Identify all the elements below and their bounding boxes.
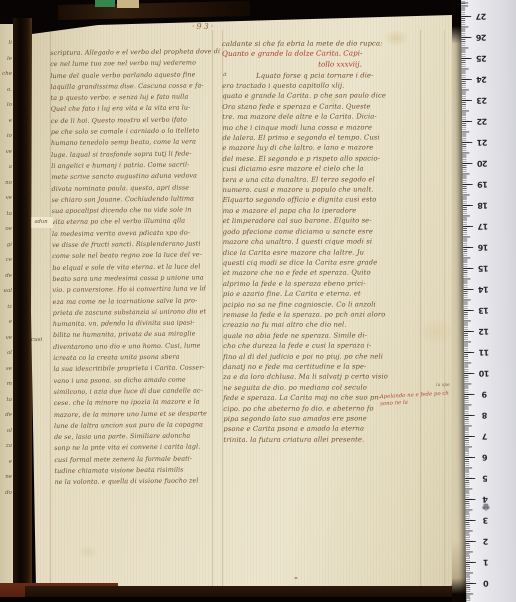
left-text-column: scriptura. Allegado e el verbo del proph… [50,46,219,488]
ruler-maker-mark-icon: ♚ [481,501,490,512]
manuscript-text-line: remase la fede e la speraza. po pch anzi… [223,309,429,320]
manuscript-text-line: divota nominata paula. questo, apri diss… [51,182,215,195]
manuscript-text-line: mete scrive sancto augustino aduna vedov… [51,171,215,184]
ruler-number: 7 [478,425,492,446]
manuscript-text-line: psone e Carita psona e amado la eterna [223,424,429,435]
ruling-line [50,30,51,586]
manuscript-text-line: similcono, i azia due luce di due candel… [54,385,218,398]
text-fragment: ne [0,474,12,490]
text-fragment: le [0,56,12,72]
manuscript-text-line: scriptura. Allegado e el verbo del proph… [50,46,214,59]
manuscript-text-line: del mese. El segondo e p rispeto allo sp… [222,153,428,164]
manuscript-text-line: ne seguita de dio. po mediano col seculo [223,382,429,393]
text-fragment: za [0,443,12,459]
ruler-number: 13 [477,299,491,320]
manuscript-text-line: alprimo la fede e la speraza ebeno prici… [223,278,429,289]
manuscript-text-line: vio. p conversione. Ho si convertira lun… [52,284,216,297]
manuscript-text-line: danatj no e fede ma certitudine e la spe… [223,361,429,372]
manuscript-text-line: lume del quale verbo parlando aquesto fi… [50,69,214,82]
ruler-number: 12 [477,320,491,341]
ruler-number: 1 [479,551,493,572]
manuscript-text-line: et mazore che no e fede et speraza. Quit… [223,268,429,279]
manuscript-text-line: quale no abia fede ne speraza. Simile di… [223,330,429,341]
manuscript-text-line: mazore, de la minore uno lume et se desp… [54,408,218,421]
manuscript-text-line: pipa segondo lato suo amados ere psone [223,413,429,424]
manuscript-text-line: tudine chiamata visione beata risimilis [54,464,218,477]
text-fragment: li [0,40,12,56]
manuscript-text-line: beato sara una medesima cossa p unione u… [52,272,216,285]
manuscript-text-line: Ora stano fede e speraza e Carita. Quest… [222,101,428,112]
text-fragment: ual [0,288,12,304]
manuscript-text-line: tre. ma mazore dele altre e la Carita. D… [222,111,428,122]
rubric-title-line: Quanto e grande la dolze Carita. Capi- [222,49,428,60]
ruler-number: 11 [477,341,491,362]
manuscript-text-line: cusi diciamo esre mazore el cielo che la [222,164,428,175]
right-text-column: caldante si che fa ebria la mete de dio … [222,38,429,445]
manuscript-text-line: li angelici e humanj i patria. Come sacr… [51,159,215,172]
manuscript-text-line: numero. cusi e mazore u populo che unalt… [223,184,429,195]
manuscript-text-line: Lquato forse q pcia tornare i die- [222,70,428,81]
ruling-line [212,30,213,586]
manuscript-text-line: bo elqual e sole de vita eterna. et la l… [52,261,216,274]
ruler-number: 6 [478,446,492,467]
folio-number: ·93· [192,22,215,31]
text-fragment: lo [0,102,12,118]
manuscript-text-line: tera e una cita dunaltra. El terzo segod… [222,174,428,185]
manuscript-text-line: eza ma come ne la icarnatione salve la p… [53,295,217,308]
ruler-number: 15 [476,257,490,278]
text-fragment: ta [0,211,12,227]
manuscript-photo: lilecheo.loeioveanovetaoegicedeualizevea… [0,0,516,602]
manuscript-text-line: laquilla grandissima dise. Cascuna cossa… [50,80,214,93]
manuscript-text-line: cusi formal mete zenera la formale beati… [54,453,218,466]
text-fragment: che [0,71,12,87]
text-fragment: de [0,273,12,289]
left-margin-note-top: adun [29,217,53,228]
ruler-number: 24 [475,68,489,89]
manuscript-text-line: e mazore luy di che laltro. e lano e maz… [222,143,428,154]
ruler-number: 22 [475,110,489,131]
ruler-number: 27 [474,5,488,26]
facing-page-text-fragments: lilecheo.loeioveanovetaoegicedeualizevea… [0,24,14,505]
text-fragment: m [0,381,12,397]
manuscript-text-line: Elquarto segondo officio e dignita cusi … [223,195,429,206]
rubric-chapter-number: tollo xxxviij. [222,59,428,70]
manuscript-text-line: Quel che fato i luj era vita e la vita e… [51,103,215,116]
manuscript-text-line: ero tractado i questo capitollo xlij. [222,80,428,91]
manuscript-text-line: cese. che la minore no ipozia la mazore … [54,396,218,409]
manuscript-text-line: cho che dureza la fede e cusi la speraza… [223,340,429,351]
manuscript-text-line: humanita. vn. pdendo la divinita sua ipa… [53,317,217,330]
guide-letter: a [223,71,227,78]
manuscript-text-line: creazio no fu mai altro che dio nel. [223,320,429,331]
text-fragment: ve [0,335,12,351]
ruler-number: 3 [478,509,492,530]
manuscript-text-line: se chiaro son Jouane. Cochiudendo lultim… [52,193,216,206]
page-edge-top [117,0,139,8]
manuscript-text-line: quato e grande la Carita. p che san paul… [222,91,428,102]
text-fragment: ve [0,195,12,211]
ruler-number: 9 [477,383,491,404]
manuscript-text-line: ce nel lume tuo zoe nel verbo nuj vedere… [50,58,214,71]
facing-page-edge: lilecheo.loeioveanovetaoegicedeualizevea… [0,24,14,596]
text-fragment: e [0,319,12,335]
left-margin-note-mid: cusi [31,337,42,343]
manuscript-text-line: mo che i cinque modi luna cossa e mazore [222,122,428,133]
text-fragment: do [0,490,12,506]
text-fragment: al [0,350,12,366]
text-fragment: de [0,412,12,428]
ruler-number: 8 [478,404,492,425]
text-fragment: oe [0,226,12,242]
manuscript-text-line: fino al di del judicio e poi no piuj. po… [223,351,429,362]
text-fragment: a [0,164,12,180]
manuscript-text-line: la medesima verita aveva pdicato xpo do- [52,227,216,240]
manuscript-text-line: sonp ne la pnte vita ei convene i carita… [54,442,218,455]
ruler-number: 18 [476,194,490,215]
text-fragment: se [0,366,12,382]
ruler-number: 10 [477,362,491,383]
book-top-binding [58,1,250,20]
ruling-line [444,30,445,586]
manuscript-text-line: pio e azario fine. La Carita e eterna. e… [223,288,429,299]
text-fragment: ta [0,397,12,413]
text-fragment: no [0,180,12,196]
text-fragment: ol [0,428,12,444]
text-fragment: ve [0,149,12,165]
ruler-number: 25 [474,47,488,68]
manuscript-text-line: vano i una psona. so dicho amado come [53,374,217,387]
ruler-number: 23 [475,89,489,110]
text-fragment: o. [0,87,12,103]
manuscript-text-line: za e da loro dchlusa. Ma li salvatj p ce… [223,372,429,383]
manuscript-text-line: trinita. la futura criatura allei presen… [223,434,429,445]
text-fragment: e [0,459,12,475]
manuscript-text-line: ta p questo verbo. e senza luj e fato nu… [50,91,214,104]
manuscript-text-line: lune de laltra uncion sua puro de la cop… [54,419,218,432]
ruler-number: 16 [476,236,490,257]
manuscript-text-line: ne la volonta. e quella di visione fuoch… [54,476,218,489]
chapter-end-line: caldante si che fa ebria la mete de dio … [222,38,428,49]
text-fragment: e [0,118,12,134]
ruler-number: 5 [478,467,492,488]
text-fragment: gi [0,242,12,258]
manuscript-text-line: ve disse de fructi sancti. Risplenderano… [52,238,216,251]
manuscript-text-line: godo pfecione come diciamo u sancte esre [223,226,429,237]
manuscript-text-line: mo e mazore el papa cha lo iperadore [223,205,429,216]
ruler-number: 21 [475,131,489,152]
text-fragment: ce [0,257,12,273]
book-gutter-shadow [13,18,32,598]
manuscript-text-line: cipo. po che abeterno fo dio. e abeterno… [223,403,429,414]
manuscript-text-line: et limperadore cal suo barone. Elquito s… [223,216,429,227]
manuscript-text-line: diventarono uno dio e uno homo. Cusi, lu… [53,340,217,353]
ruler-number: 17 [476,215,490,236]
text-fragment: io [0,133,12,149]
ruler-number: 20 [475,152,489,173]
manuscript-text-line: ce de li hoi. Questo mostro el verbo ifa… [51,114,215,127]
manuscript-page: ·93· scriptura. Allegado e el verbo del … [28,12,458,594]
manuscript-text-line: come sole nel beato regno zoe la luce de… [52,250,216,263]
manuscript-text-line: bilita ne humanita, privata de sua mirag… [53,329,217,342]
right-column-body: Lquato forse q pcia tornare i die-ero tr… [222,70,429,445]
ruler-number: 0 [479,572,493,593]
manuscript-text-line: luge. laqual si trasfonde sopra tutj li … [51,148,215,161]
manuscript-text-line: de lalera. El primo e segondo el tempo. … [222,132,428,143]
manuscript-text-line: prieta de zascuna substanzia si unirono … [53,306,217,319]
manuscript-text-line: mazore cha unaltro. I questi cique modi … [223,236,429,247]
ruler-number: 14 [476,278,490,299]
right-margin-small-note: iu spe [436,383,450,388]
measuring-ruler: 2726252423222120191817161514131211109876… [461,0,516,602]
manuscript-text-line: questi ciq modi se dice la Carita esre g… [223,257,429,268]
manuscript-text-line: pcipio no sa ne fine cognioscie. Co li a… [223,299,429,310]
manuscript-text-line: dice la Carita esre mazore cha laltre. J… [223,247,429,258]
text-fragment: iz [0,304,12,320]
ruler-number: 2 [479,530,493,551]
green-bookmark [95,0,115,7]
ruling-line [420,30,421,586]
manuscript-text-line: la sua idescritibile proprieta i Carita.… [53,363,217,376]
ruler-number: 19 [476,173,490,194]
manuscript-text-line: de se, lasia una parte. Similiare adonch… [54,430,218,443]
ruler-number: 26 [474,26,488,47]
ruling-line [222,30,223,586]
manuscript-text-line: vita eterna po che el verbo illumina qll… [52,216,216,229]
background-bottom [0,597,516,602]
manuscript-text-line: humano tenedolo semp beato, come la vera [51,137,215,150]
manuscript-text-line: fede e speraza. La Carita maj no che suo… [223,392,429,403]
manuscript-text-line: pe che solo se comale i carniado o lo it… [51,125,215,138]
manuscript-text-line: sua apocalipsi dicendo che no vide sole … [52,204,216,217]
manuscript-text-line: icreata co la creata unita psona sbera [53,351,217,364]
